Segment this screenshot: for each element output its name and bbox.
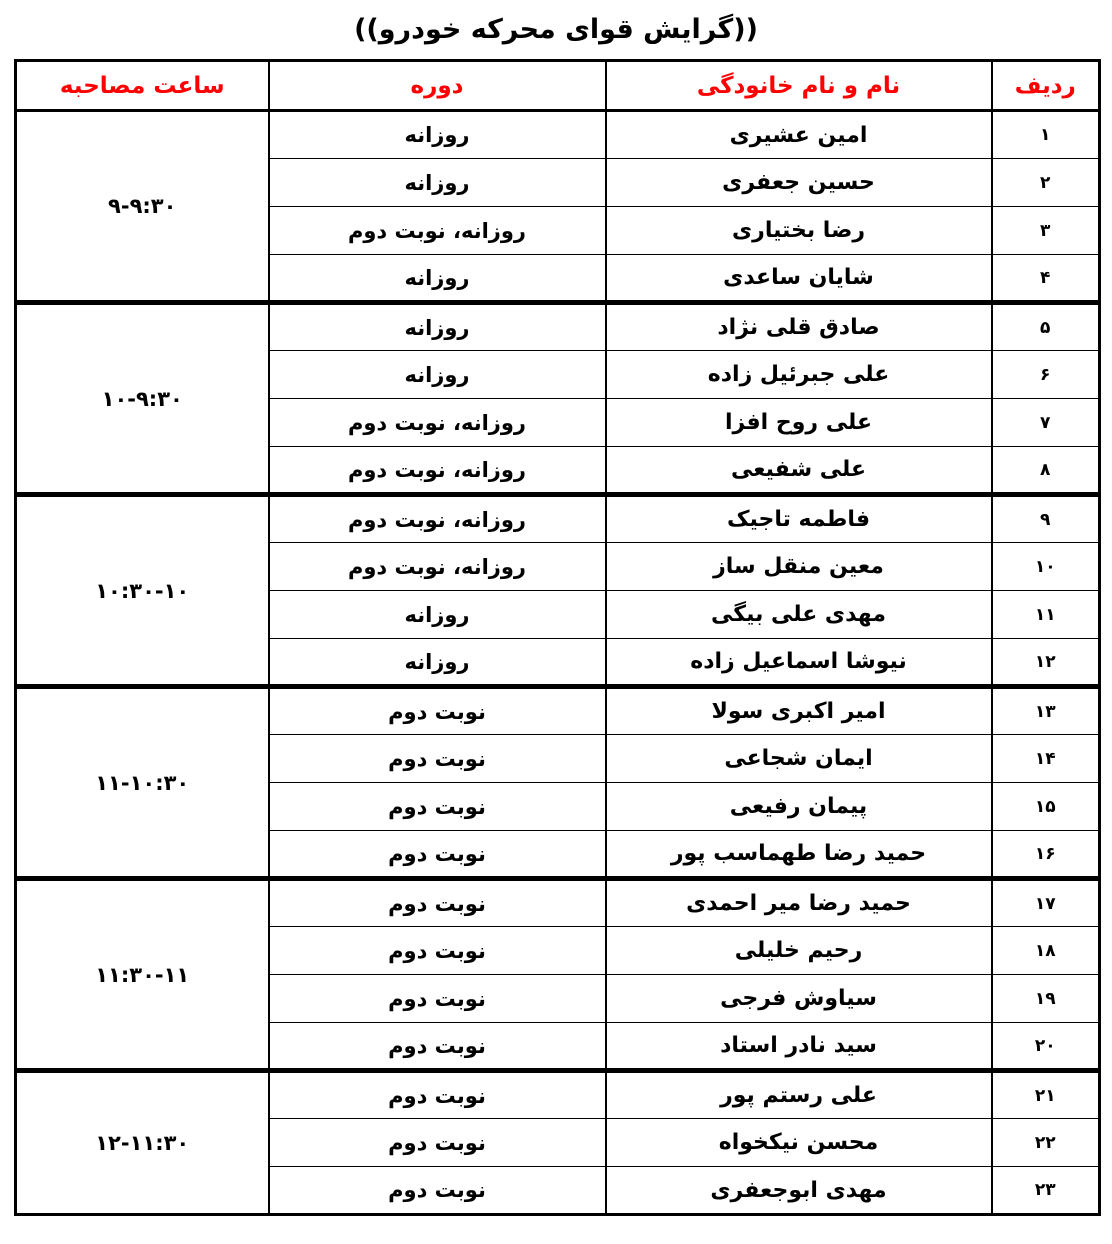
name-cell: پیمان رفیعی xyxy=(606,783,992,831)
period-cell: روزانه، نوبت دوم xyxy=(269,207,606,255)
name-cell: علی شفیعی xyxy=(606,447,992,495)
row-number-cell: ۱۹ xyxy=(992,975,1100,1023)
period-cell: روزانه xyxy=(269,639,606,687)
period-cell: نوبت دوم xyxy=(269,927,606,975)
interview-time-cell: ۱۱:۳۰-۱۱ xyxy=(16,879,269,1071)
period-cell: روزانه xyxy=(269,351,606,399)
row-number-cell: ۱۷ xyxy=(992,879,1100,927)
interview-time-cell: ۱۲-۱۱:۳۰ xyxy=(16,1071,269,1215)
name-cell: حسین جعفری xyxy=(606,159,992,207)
row-number-cell: ۱۶ xyxy=(992,831,1100,879)
name-cell: معین منقل ساز xyxy=(606,543,992,591)
name-cell: مهدی ابوجعفری xyxy=(606,1167,992,1215)
name-cell: امین عشیری xyxy=(606,111,992,159)
row-number-cell: ۱۱ xyxy=(992,591,1100,639)
row-number-cell: ۲۲ xyxy=(992,1119,1100,1167)
row-number-cell: ۱۴ xyxy=(992,735,1100,783)
interview-time-cell: ۱۰-۹:۳۰ xyxy=(16,303,269,495)
row-number-cell: ۶ xyxy=(992,351,1100,399)
period-cell: روزانه xyxy=(269,303,606,351)
interview-time-cell: ۱۰:۳۰-۱۰ xyxy=(16,495,269,687)
period-cell: روزانه، نوبت دوم xyxy=(269,399,606,447)
name-cell: رحیم خلیلی xyxy=(606,927,992,975)
row-number-cell: ۲۰ xyxy=(992,1023,1100,1071)
period-cell: نوبت دوم xyxy=(269,975,606,1023)
name-cell: محسن نیکخواه xyxy=(606,1119,992,1167)
period-cell: روزانه، نوبت دوم xyxy=(269,543,606,591)
row-number-cell: ۱۰ xyxy=(992,543,1100,591)
header-name: نام و نام خانودگی xyxy=(606,61,992,111)
header-row-number: ردیف xyxy=(992,61,1100,111)
period-cell: نوبت دوم xyxy=(269,1167,606,1215)
row-number-cell: ۴ xyxy=(992,255,1100,303)
period-cell: نوبت دوم xyxy=(269,1071,606,1119)
row-number-cell: ۱۳ xyxy=(992,687,1100,735)
period-cell: روزانه، نوبت دوم xyxy=(269,495,606,543)
document-page: ((گرایش قوای محرکه خودرو)) ردیف نام و نا… xyxy=(0,0,1112,1244)
name-cell: فاطمه تاجیک xyxy=(606,495,992,543)
row-number-cell: ۲۱ xyxy=(992,1071,1100,1119)
name-cell: علی روح افزا xyxy=(606,399,992,447)
period-cell: نوبت دوم xyxy=(269,1023,606,1071)
row-number-cell: ۲ xyxy=(992,159,1100,207)
row-number-cell: ۸ xyxy=(992,447,1100,495)
table-row: ۹فاطمه تاجیکروزانه، نوبت دوم۱۰:۳۰-۱۰ xyxy=(16,495,1100,543)
period-cell: نوبت دوم xyxy=(269,783,606,831)
schedule-body: ۱امین عشیریروزانه۹-۹:۳۰۲حسین جعفریروزانه… xyxy=(16,111,1100,1215)
row-number-cell: ۱۸ xyxy=(992,927,1100,975)
table-row: ۱۳امیر اکبری سولانوبت دوم۱۱-۱۰:۳۰ xyxy=(16,687,1100,735)
row-number-cell: ۹ xyxy=(992,495,1100,543)
table-row: ۱امین عشیریروزانه۹-۹:۳۰ xyxy=(16,111,1100,159)
name-cell: مهدی علی بیگی xyxy=(606,591,992,639)
name-cell: علی رستم پور xyxy=(606,1071,992,1119)
name-cell: امیر اکبری سولا xyxy=(606,687,992,735)
period-cell: روزانه xyxy=(269,159,606,207)
period-cell: نوبت دوم xyxy=(269,879,606,927)
row-number-cell: ۲۳ xyxy=(992,1167,1100,1215)
name-cell: علی جبرئیل زاده xyxy=(606,351,992,399)
name-cell: سید نادر استاد xyxy=(606,1023,992,1071)
row-number-cell: ۵ xyxy=(992,303,1100,351)
row-number-cell: ۱ xyxy=(992,111,1100,159)
row-number-cell: ۳ xyxy=(992,207,1100,255)
row-number-cell: ۱۲ xyxy=(992,639,1100,687)
period-cell: نوبت دوم xyxy=(269,831,606,879)
name-cell: شایان ساعدی xyxy=(606,255,992,303)
period-cell: نوبت دوم xyxy=(269,735,606,783)
interview-time-cell: ۱۱-۱۰:۳۰ xyxy=(16,687,269,879)
interview-time-cell: ۹-۹:۳۰ xyxy=(16,111,269,303)
interview-schedule-table: ردیف نام و نام خانودگی دوره ساعت مصاحبه … xyxy=(14,59,1101,1216)
period-cell: روزانه xyxy=(269,255,606,303)
page-title: ((گرایش قوای محرکه خودرو)) xyxy=(14,14,1098,45)
row-number-cell: ۷ xyxy=(992,399,1100,447)
name-cell: نیوشا اسماعیل زاده xyxy=(606,639,992,687)
period-cell: نوبت دوم xyxy=(269,1119,606,1167)
period-cell: روزانه xyxy=(269,111,606,159)
period-cell: نوبت دوم xyxy=(269,687,606,735)
name-cell: صادق قلی نژاد xyxy=(606,303,992,351)
header-interview-time: ساعت مصاحبه xyxy=(16,61,269,111)
row-number-cell: ۱۵ xyxy=(992,783,1100,831)
table-row: ۲۱علی رستم پورنوبت دوم۱۲-۱۱:۳۰ xyxy=(16,1071,1100,1119)
header-row: ردیف نام و نام خانودگی دوره ساعت مصاحبه xyxy=(16,61,1100,111)
table-row: ۵صادق قلی نژادروزانه۱۰-۹:۳۰ xyxy=(16,303,1100,351)
period-cell: روزانه xyxy=(269,591,606,639)
name-cell: سیاوش فرجی xyxy=(606,975,992,1023)
name-cell: حمید رضا طهماسب پور xyxy=(606,831,992,879)
header-period: دوره xyxy=(269,61,606,111)
table-row: ۱۷حمید رضا میر احمدینوبت دوم۱۱:۳۰-۱۱ xyxy=(16,879,1100,927)
name-cell: حمید رضا میر احمدی xyxy=(606,879,992,927)
name-cell: ایمان شجاعی xyxy=(606,735,992,783)
period-cell: روزانه، نوبت دوم xyxy=(269,447,606,495)
name-cell: رضا بختیاری xyxy=(606,207,992,255)
